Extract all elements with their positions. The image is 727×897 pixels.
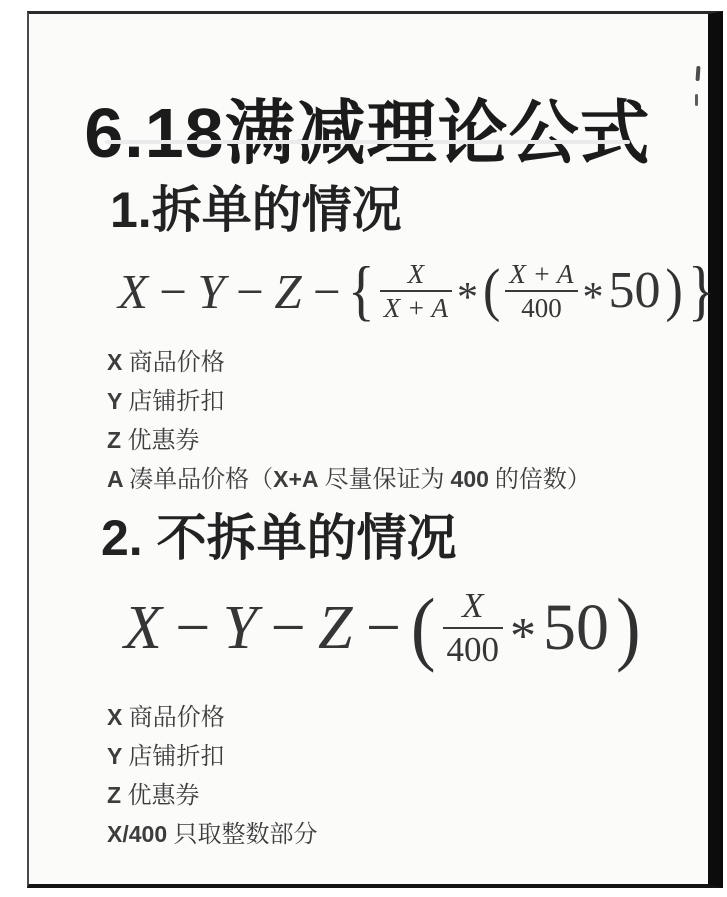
legend-text: 只取整数部分 xyxy=(174,814,318,849)
legend-symbol: X xyxy=(107,704,129,731)
title-underline-artifact xyxy=(105,140,630,144)
legend-symbol: Z xyxy=(107,427,127,454)
legend-text: 的倍数） xyxy=(489,459,591,494)
scanned-slide: 6.18满减理论公式 1.拆单的情况 X − Y − Z − { X X + A… xyxy=(0,0,727,897)
legend-item: Y 店铺折扣 xyxy=(107,736,318,762)
formula1-constant: 50 xyxy=(609,265,661,317)
legend-text: 优惠券 xyxy=(127,775,199,810)
legend-symbol: X xyxy=(107,349,129,376)
section1-formula: X − Y − Z − { X X + A * ( X + A 400 * 50… xyxy=(118,254,715,328)
fraction-denominator: X + A xyxy=(380,290,452,323)
formula1-fraction-2: X + A 400 xyxy=(505,259,577,323)
page-frame: 6.18满减理论公式 1.拆单的情况 X − Y − Z − { X X + A… xyxy=(27,11,723,888)
formula1-close-paren: ) xyxy=(666,261,683,321)
legend-text: 店铺折扣 xyxy=(128,381,224,416)
legend-text: 商品价格 xyxy=(129,697,225,732)
legend-symbol: A xyxy=(107,466,129,493)
formula1-multiply-1: * xyxy=(457,277,478,319)
formula2-open-paren: ( xyxy=(411,586,436,669)
section2-formula: X − Y − Z − ( X 400 * 50 ) xyxy=(124,580,641,675)
legend-symbol: X/400 xyxy=(107,821,174,848)
section1-heading: 1.拆单的情况 xyxy=(110,184,402,237)
legend-text: 尽量保证为 xyxy=(319,459,451,494)
section1-legend: X 商品价格Y 店铺折扣Z 优惠券A 凑单品价格（X+A 尽量保证为 400 的… xyxy=(107,342,591,498)
section2-legend: X 商品价格Y 店铺折扣Z 优惠券X/400 只取整数部分 xyxy=(107,697,318,853)
formula1-multiply-2: * xyxy=(583,277,604,319)
fraction-denominator: 400 xyxy=(443,627,504,669)
legend-item: Z 优惠券 xyxy=(107,420,591,446)
legend-item: X/400 只取整数部分 xyxy=(107,814,318,840)
legend-text: 优惠券 xyxy=(127,420,199,455)
fraction-denominator: 400 xyxy=(505,290,577,323)
formula1-close-brace: } xyxy=(688,257,715,324)
legend-symbol: 400 xyxy=(451,466,489,493)
legend-symbol: X+A xyxy=(273,466,318,493)
legend-item: X 商品价格 xyxy=(107,697,318,723)
formula1-fraction-1: X X + A xyxy=(380,259,452,323)
formula2-fraction: X 400 xyxy=(443,586,504,668)
legend-symbol: Z xyxy=(107,782,127,809)
formula1-prefix: X − Y − Z − xyxy=(118,267,343,316)
legend-text: 店铺折扣 xyxy=(128,736,224,771)
section2-heading: 2. 不拆单的情况 xyxy=(101,512,457,565)
legend-text: 凑单品价格（ xyxy=(129,459,273,494)
legend-symbol: Y xyxy=(107,743,128,770)
fraction-numerator: X xyxy=(380,259,452,290)
page-title: 6.18满减理论公式 xyxy=(29,97,706,171)
formula2-prefix: X − Y − Z − xyxy=(124,597,404,659)
fraction-numerator: X xyxy=(443,586,504,626)
legend-item: Z 优惠券 xyxy=(107,775,318,801)
formula2-multiply: * xyxy=(510,610,536,662)
legend-item: X 商品价格 xyxy=(107,342,591,368)
legend-symbol: Y xyxy=(107,388,128,415)
fraction-numerator: X + A xyxy=(505,259,577,290)
scan-smudge-artifact xyxy=(695,94,698,106)
formula2-close-paren: ) xyxy=(616,586,641,669)
legend-text: 商品价格 xyxy=(129,342,225,377)
formula1-open-paren: ( xyxy=(483,261,500,321)
legend-item: Y 店铺折扣 xyxy=(107,381,591,407)
legend-item: A 凑单品价格（X+A 尽量保证为 400 的倍数） xyxy=(107,459,591,485)
formula1-open-brace: { xyxy=(348,257,375,324)
formula2-constant: 50 xyxy=(543,595,609,661)
